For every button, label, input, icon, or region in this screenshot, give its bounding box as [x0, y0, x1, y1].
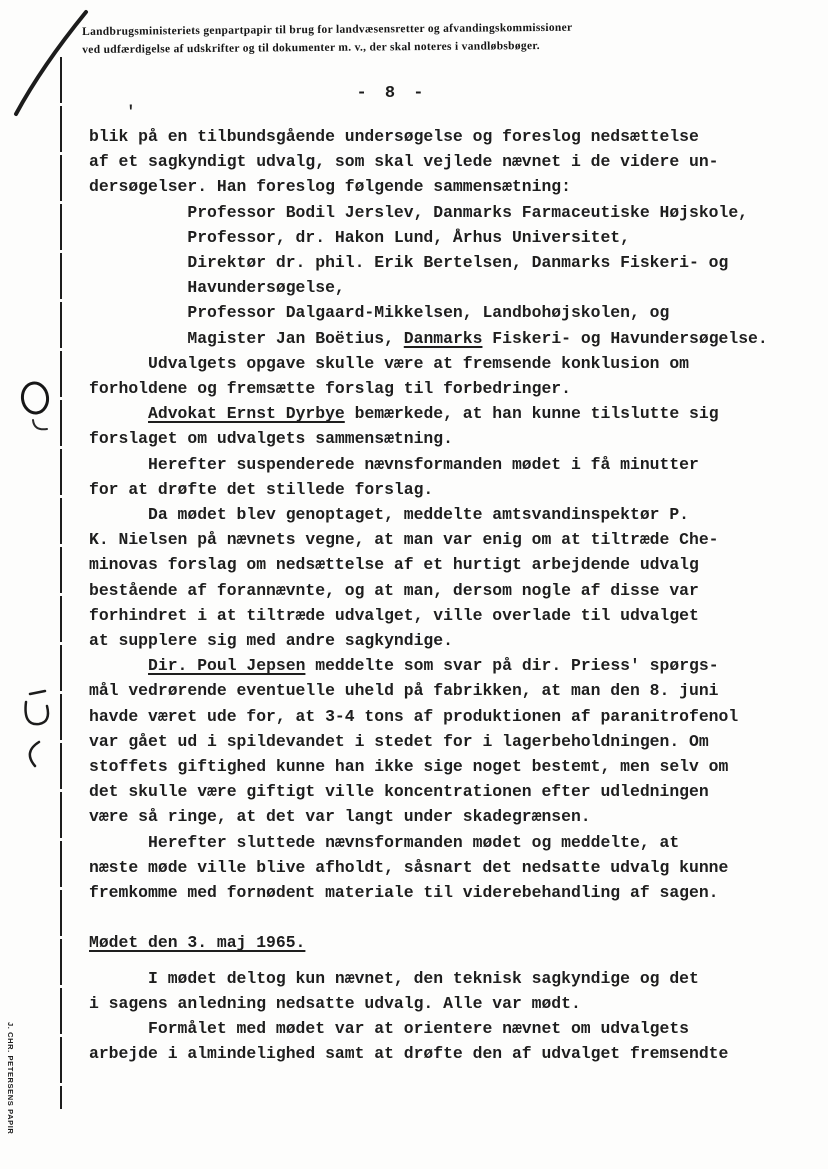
body-line: mål vedrørende eventuelle uheld på fabri… — [89, 678, 769, 703]
body-line: stoffets giftighed kunne han ikke sige n… — [89, 754, 769, 779]
body-line: at supplere sig med andre sagkyndige. — [89, 628, 769, 653]
body-line: for at drøfte det stillede forslag. — [89, 477, 769, 502]
body-line: Havundersøgelse, — [89, 275, 769, 300]
body-line: være så ringe, at det var langt under sk… — [89, 804, 769, 829]
body-line: Professor Dalgaard-Mikkelsen, Landbohøjs… — [89, 300, 769, 325]
section-heading: Mødet den 3. maj 1965. — [89, 930, 769, 955]
page-number: - 8 - — [292, 84, 492, 103]
body-line: Professor Bodil Jerslev, Danmarks Farmac… — [89, 200, 769, 225]
handwritten-squiggle-marks — [12, 684, 60, 774]
stray-apostrophe-mark: ' — [126, 103, 136, 121]
document-page: Landbrugsministeriets genpartpapir til b… — [0, 0, 828, 1169]
body-line: dersøgelser. Han foreslog følgende samme… — [89, 174, 769, 199]
body-line: af et sagkyndigt udvalg, som skal vejled… — [89, 149, 769, 174]
body-line: fremkomme med fornødent materiale til vi… — [89, 880, 769, 905]
body-line: i sagens anledning nedsatte udvalg. Alle… — [89, 991, 769, 1016]
body-line: Udvalgets opgave skulle være at fremsend… — [89, 351, 769, 376]
body-line: blik på en tilbundsgående undersøgelse o… — [89, 124, 769, 149]
body-line: Advokat Ernst Dyrbye bemærkede, at han k… — [89, 401, 769, 426]
body-line: Direktør dr. phil. Erik Bertelsen, Danma… — [89, 250, 769, 275]
body-line: bestående af forannævnte, og at man, der… — [89, 578, 769, 603]
body-line: minovas forslag om nedsættelse af et hur… — [89, 552, 769, 577]
margin-rule-line — [60, 57, 62, 1109]
body-line: næste møde ville blive afholdt, såsnart … — [89, 855, 769, 880]
body-line: forhindret i at tiltræde udvalget, ville… — [89, 603, 769, 628]
body-line: Dir. Poul Jepsen meddelte som svar på di… — [89, 653, 769, 678]
letterhead: Landbrugsministeriets genpartpapir til b… — [82, 19, 662, 59]
body-line: Formålet med mødet var at orientere nævn… — [89, 1016, 769, 1041]
body-line: forslaget om udvalgets sammensætning. — [89, 426, 769, 451]
body-line: var gået ud i spildevandet i stedet for … — [89, 729, 769, 754]
body-line: forholdene og fremsætte forslag til forb… — [89, 376, 769, 401]
body-line: arbejde i almindelighed samt at drøfte d… — [89, 1041, 769, 1066]
paper-manufacturer-mark: J. CHR. PETERSENS PAPIR — [6, 1022, 15, 1122]
body-line: det skulle være giftigt ville koncentrat… — [89, 779, 769, 804]
body-line: K. Nielsen på nævnets vegne, at man var … — [89, 527, 769, 552]
body-line: Magister Jan Boëtius, Danmarks Fiskeri- … — [89, 326, 769, 351]
body-line: Herefter suspenderede nævnsformanden mød… — [89, 452, 769, 477]
body-text: blik på en tilbundsgående undersøgelse o… — [89, 124, 769, 1067]
body-line: I mødet deltog kun nævnet, den teknisk s… — [89, 966, 769, 991]
body-line: Professor, dr. Hakon Lund, Århus Univers… — [89, 225, 769, 250]
body-line: havde været ude for, at 3-4 tons af prod… — [89, 704, 769, 729]
body-line: Herefter sluttede nævnsformanden mødet o… — [89, 830, 769, 855]
handwritten-circle-mark — [14, 376, 64, 440]
body-line: Da mødet blev genoptaget, meddelte amtsv… — [89, 502, 769, 527]
body-line — [89, 905, 769, 930]
